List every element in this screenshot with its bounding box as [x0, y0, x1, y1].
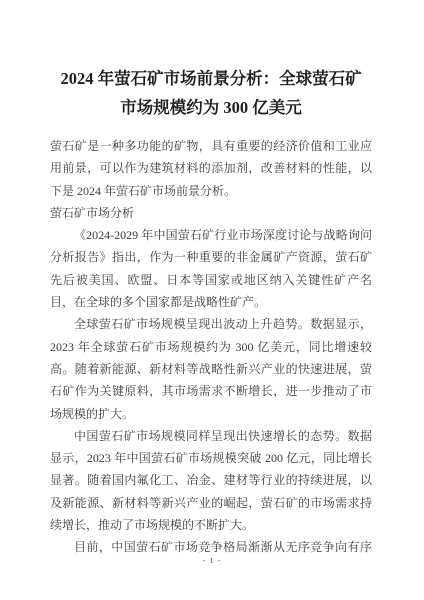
title-line-2: 市场规模约为 300 亿美元 [50, 93, 372, 122]
title-line-1: 2024 年萤石矿市场前景分析：全球萤石矿 [50, 64, 372, 93]
document-content: 2024 年萤石矿市场前景分析：全球萤石矿 市场规模约为 300 亿美元 萤石矿… [50, 64, 372, 561]
paragraph-global-market-size: 全球萤石矿市场规模呈现出波动上升趋势。数据显示，2023 年全球萤石矿市场规模约… [50, 313, 372, 424]
paragraph-china-market-size: 中国萤石矿市场规模同样呈现出快速增长的态势。数据显示，2023 年中国萤石矿市场… [50, 425, 372, 536]
section-heading-market-analysis: 萤石矿市场分析 [50, 202, 372, 224]
document-page: 2024 年萤石矿市场前景分析：全球萤石矿 市场规模约为 300 亿美元 萤石矿… [0, 0, 424, 600]
document-body: 萤石矿是一种多功能的矿物，具有重要的经济价值和工业应用前景，可以作为建筑材料的添… [50, 135, 372, 561]
page-number: - 1 - [0, 555, 424, 565]
paragraph-report-citation: 《2024-2029 年中国萤石矿行业市场深度讨论与战略询问分析报告》指出，作为… [50, 224, 372, 313]
page-title: 2024 年萤石矿市场前景分析：全球萤石矿 市场规模约为 300 亿美元 [50, 64, 372, 122]
paragraph-intro: 萤石矿是一种多功能的矿物，具有重要的经济价值和工业应用前景，可以作为建筑材料的添… [50, 135, 372, 202]
